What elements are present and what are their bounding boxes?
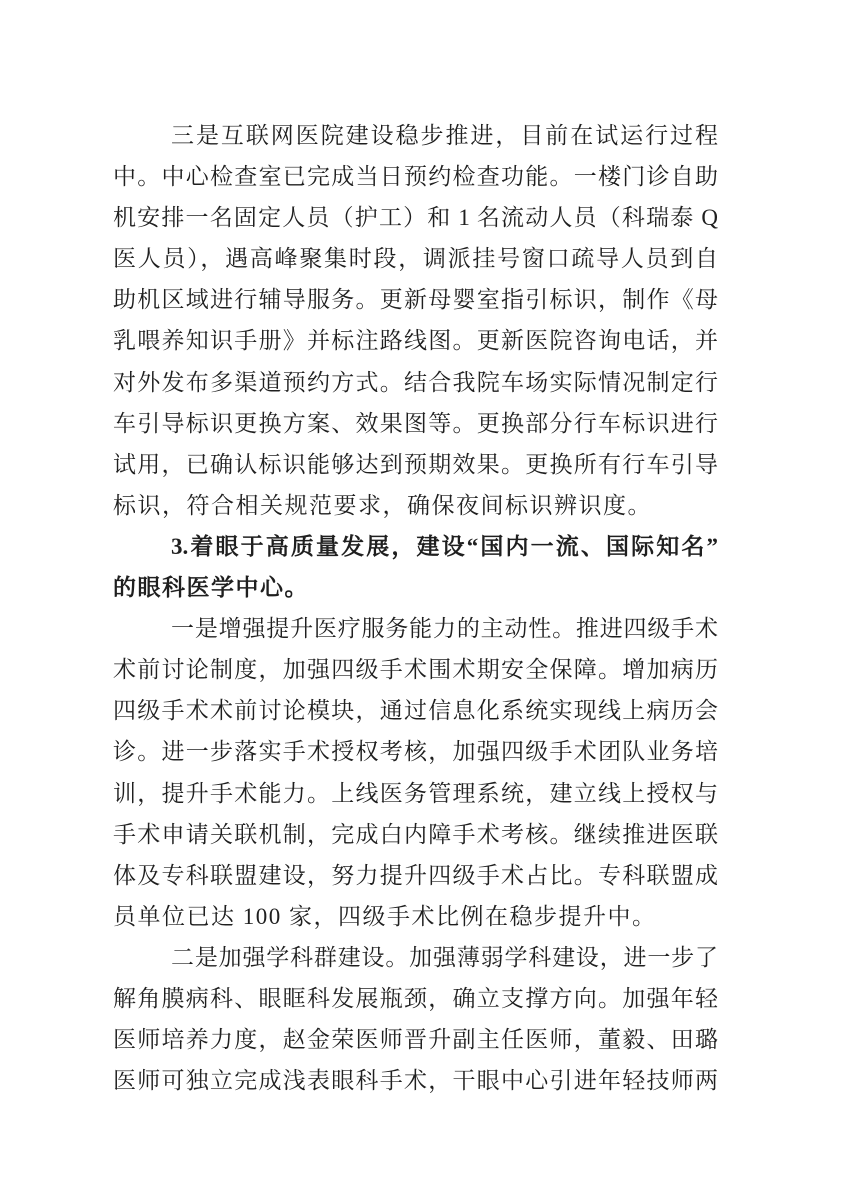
text-line: 助机区域进行辅导服务。更新母婴室指引标识，制作《母 <box>113 279 718 320</box>
text-line: 乳喂养知识手册》并标注路线图。更新医院咨询电话，并 <box>113 320 718 361</box>
text-line: 医师可独立完成浅表眼科手术，干眼中心引进年轻技师两 <box>113 1060 718 1101</box>
text-line: 四级手术术前讨论模块，通过信息化系统实现线上病历会 <box>113 690 718 731</box>
text-line: 的眼科医学中心。 <box>113 567 718 608</box>
text-line: 训，提升手术能力。上线医务管理系统，建立线上授权与 <box>113 773 718 814</box>
text-line: 体及专科联盟建设，努力提升四级手术占比。专科联盟成 <box>113 855 718 896</box>
text-line: 手术申请关联机制，完成白内障手术考核。继续推进医联 <box>113 814 718 855</box>
text-line: 三是互联网医院建设稳步推进，目前在试运行过程 <box>113 115 718 156</box>
text-line: 机安排一名固定人员（护工）和 1 名流动人员（科瑞泰 Q <box>113 197 718 238</box>
text-line: 中。中心检查室已完成当日预约检查功能。一楼门诊自助 <box>113 156 718 197</box>
text-line: 车引导标识更换方案、效果图等。更换部分行车标识进行 <box>113 403 718 444</box>
text-line: 医师培养力度，赵金荣医师晋升副主任医师，董毅、田璐 <box>113 1019 718 1060</box>
heading-paragraph: 3.着眼于高质量发展，建设“国内一流、国际知名”的眼科医学中心。 <box>113 526 718 608</box>
body-paragraph: 二是加强学科群建设。加强薄弱学科建设，进一步了解角膜病科、眼眶科发展瓶颈，确立支… <box>113 937 718 1101</box>
text-line: 二是加强学科群建设。加强薄弱学科建设，进一步了 <box>113 937 718 978</box>
text-line: 一是增强提升医疗服务能力的主动性。推进四级手术 <box>113 608 718 649</box>
text-line: 诊。进一步落实手术授权考核，加强四级手术团队业务培 <box>113 731 718 772</box>
text-line: 解角膜病科、眼眶科发展瓶颈，确立支撑方向。加强年轻 <box>113 978 718 1019</box>
body-paragraph: 三是互联网医院建设稳步推进，目前在试运行过程中。中心检查室已完成当日预约检查功能… <box>113 115 718 526</box>
body-paragraph: 一是增强提升医疗服务能力的主动性。推进四级手术术前讨论制度，加强四级手术围术期安… <box>113 608 718 937</box>
text-line: 医人员），遇高峰聚集时段，调派挂号窗口疏导人员到自 <box>113 238 718 279</box>
text-line: 试用，已确认标识能够达到预期效果。更换所有行车引导 <box>113 444 718 485</box>
document-page: 三是互联网医院建设稳步推进，目前在试运行过程中。中心检查室已完成当日预约检查功能… <box>0 0 848 1200</box>
text-line: 3.着眼于高质量发展，建设“国内一流、国际知名” <box>113 526 718 567</box>
text-line: 对外发布多渠道预约方式。结合我院车场实际情况制定行 <box>113 362 718 403</box>
text-line: 员单位已达 100 家，四级手术比例在稳步提升中。 <box>113 896 718 937</box>
text-line: 标识，符合相关规范要求，确保夜间标识辨识度。 <box>113 485 718 526</box>
document-text-block: 三是互联网医院建设稳步推进，目前在试运行过程中。中心检查室已完成当日预约检查功能… <box>113 115 718 1101</box>
text-line: 术前讨论制度，加强四级手术围术期安全保障。增加病历 <box>113 649 718 690</box>
